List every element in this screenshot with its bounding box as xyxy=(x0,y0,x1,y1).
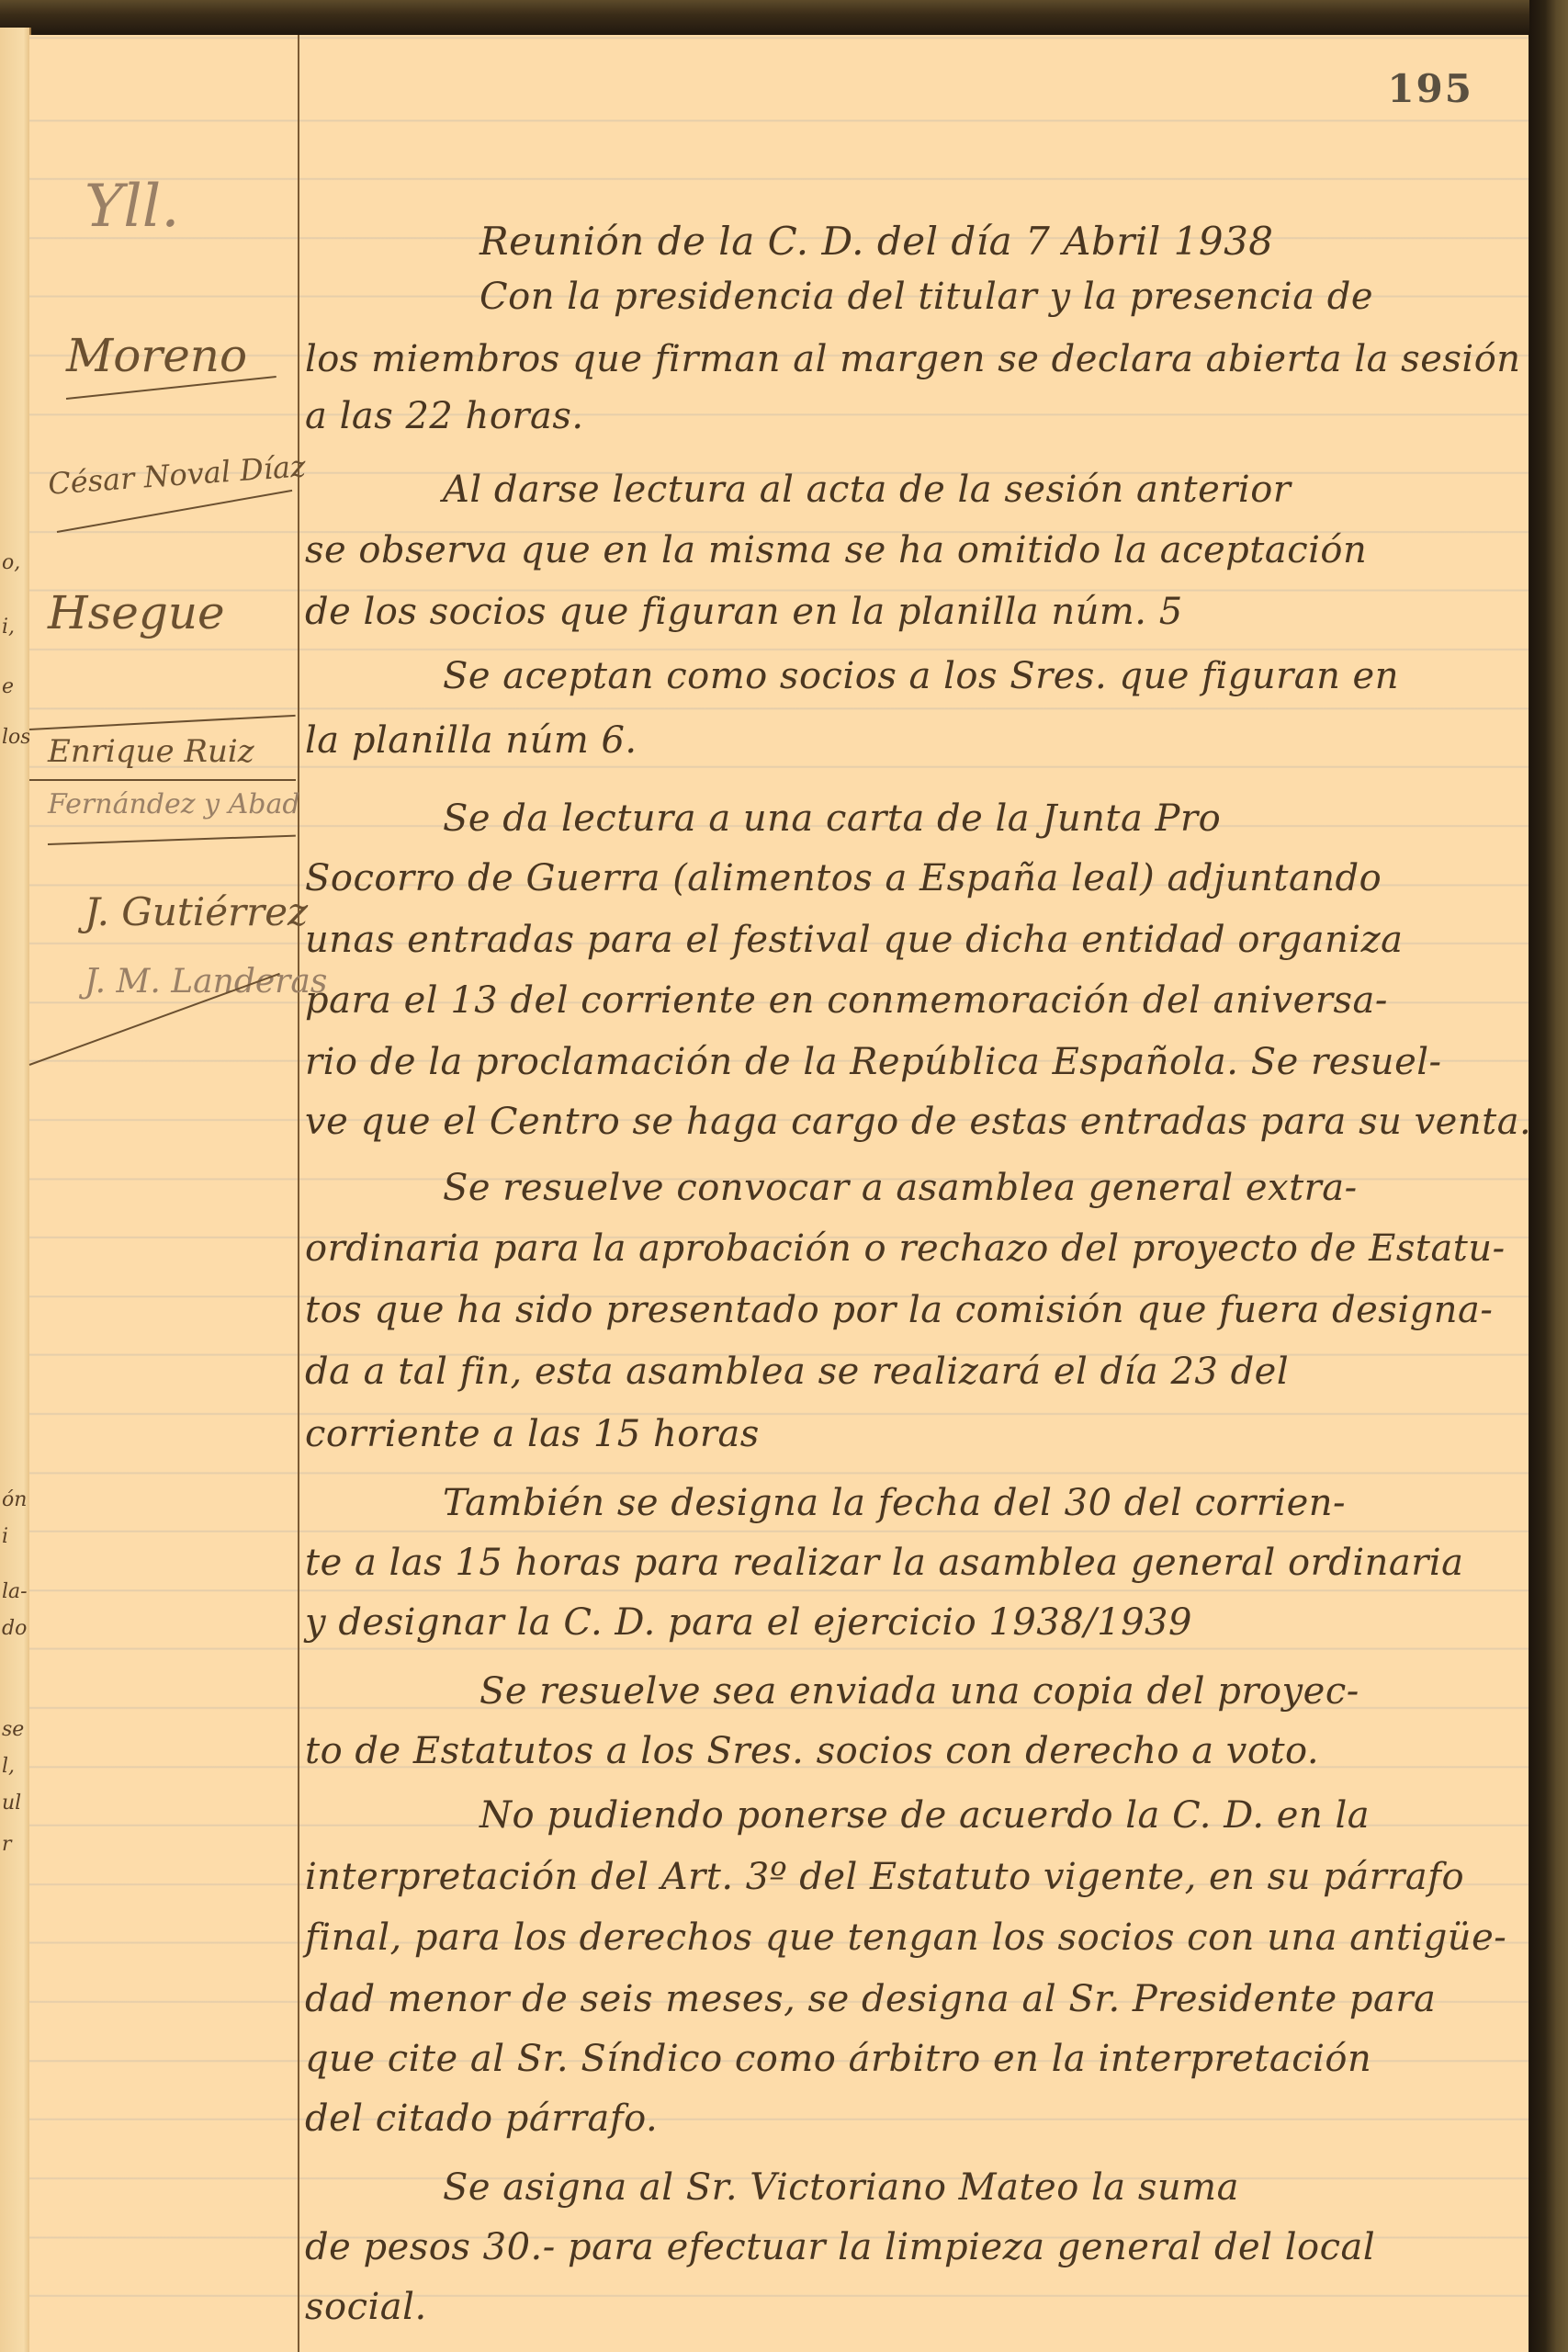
minutes-line: a las 22 horas. xyxy=(305,395,584,437)
minutes-line: social. xyxy=(305,2286,427,2328)
signatures-margin: Yll. Moreno César Noval Díaz Hsegue Enri… xyxy=(29,35,298,2352)
previous-page-edge: o, i, e los. ón i la- do se l, ul r xyxy=(0,28,31,2352)
ledger-binding-right xyxy=(1529,0,1568,2352)
minutes-title: Reunión de la C. D. del día 7 Abril 1938 xyxy=(479,219,1274,264)
minutes-line: para el 13 del corriente en conmemoració… xyxy=(305,979,1388,1022)
minutes-line: de pesos 30.- para efectuar la limpieza … xyxy=(305,2226,1375,2268)
prev-page-fragment: ón xyxy=(2,1488,27,1511)
prev-page-fragment: r xyxy=(2,1833,12,1856)
prev-page-fragment: i, xyxy=(2,616,15,639)
minutes-line: unas entradas para el festival que dicha… xyxy=(305,919,1404,961)
page-number: 195 xyxy=(1387,66,1473,111)
minutes-line: te a las 15 horas para realizar la asamb… xyxy=(305,1542,1464,1584)
minutes-line: Socorro de Guerra (alimentos a España le… xyxy=(305,857,1382,899)
minutes-line: Se aceptan como socios a los Sres. que f… xyxy=(443,655,1399,697)
signature-gutierrez: J. Gutiérrez xyxy=(85,889,308,934)
minutes-line: También se designa la fecha del 30 del c… xyxy=(443,1482,1346,1524)
prev-page-fragment: do xyxy=(2,1617,27,1640)
minutes-line: Se resuelve sea enviada una copia del pr… xyxy=(479,1670,1359,1713)
prev-page-fragment: i xyxy=(2,1525,8,1548)
signature-flourish xyxy=(48,835,296,845)
signature-1: Yll. xyxy=(85,173,180,241)
minutes-line: Al darse lectura al acta de la sesión an… xyxy=(443,469,1291,511)
minutes-line: se observa que en la misma se ha omitido… xyxy=(305,529,1367,571)
prev-page-fragment: la- xyxy=(2,1580,28,1603)
prev-page-fragment: o, xyxy=(2,551,20,574)
minutes-line: corriente a las 15 horas xyxy=(305,1413,760,1455)
prev-page-fragment: l, xyxy=(2,1755,15,1778)
ledger-page: 195 Yll. Moreno César Noval Díaz Hsegue … xyxy=(29,35,1529,2352)
prev-page-fragment: e xyxy=(2,675,14,698)
signature-moreno: Moreno xyxy=(66,329,247,382)
minutes-line: y designar la C. D. para el ejercicio 19… xyxy=(305,1601,1192,1644)
minutes-line: ordinaria para la aprobación o rechazo d… xyxy=(305,1227,1506,1270)
minutes-line: Se asigna al Sr. Victoriano Mateo la sum… xyxy=(443,2166,1239,2209)
minutes-line: rio de la proclamación de la República E… xyxy=(305,1041,1442,1083)
minutes-line: Con la presidencia del titular y la pres… xyxy=(479,276,1373,318)
minutes-line: interpretación del Art. 3º del Estatuto … xyxy=(305,1856,1464,1898)
minutes-line: dad menor de seis meses, se designa al S… xyxy=(305,1978,1436,2020)
margin-rule xyxy=(298,35,299,2352)
minutes-line: que cite al Sr. Síndico como árbitro en … xyxy=(305,2038,1371,2080)
signature-enrique-ruiz: Enrique Ruiz xyxy=(48,733,254,770)
minutes-line: to de Estatutos a los Sres. socios con d… xyxy=(305,1730,1319,1772)
signature-flourish xyxy=(29,715,296,730)
prev-page-fragment: los. xyxy=(2,726,31,749)
ledger-binding-top xyxy=(0,0,1568,37)
minutes-line: Se resuelve convocar a asamblea general … xyxy=(443,1167,1358,1209)
minutes-line: Se da lectura a una carta de la Junta Pr… xyxy=(443,797,1221,840)
minutes-line: final, para los derechos que tengan los … xyxy=(305,1917,1506,1959)
minutes-line: ve que el Centro se haga cargo de estas … xyxy=(305,1101,1531,1143)
signature-4: Hsegue xyxy=(48,586,225,639)
minutes-line: la planilla núm 6. xyxy=(305,719,637,762)
minutes-line: los miembros que firman al margen se dec… xyxy=(305,338,1521,380)
prev-page-fragment: se xyxy=(2,1718,24,1741)
minutes-line: No pudiendo ponerse de acuerdo la C. D. … xyxy=(479,1794,1370,1837)
minutes-line: de los socios que figuran en la planilla… xyxy=(305,591,1183,633)
signature-6: Fernández y Abad xyxy=(48,788,300,820)
signature-jm-landeras: J. M. Landeras xyxy=(85,963,327,1001)
minutes-line: del citado párrafo. xyxy=(305,2098,658,2140)
minutes-line: da a tal fin, esta asamblea se realizará… xyxy=(305,1351,1289,1393)
prev-page-fragment: ul xyxy=(2,1792,21,1815)
minutes-line: tos que ha sido presentado por la comisi… xyxy=(305,1289,1493,1331)
signature-flourish xyxy=(29,779,296,781)
